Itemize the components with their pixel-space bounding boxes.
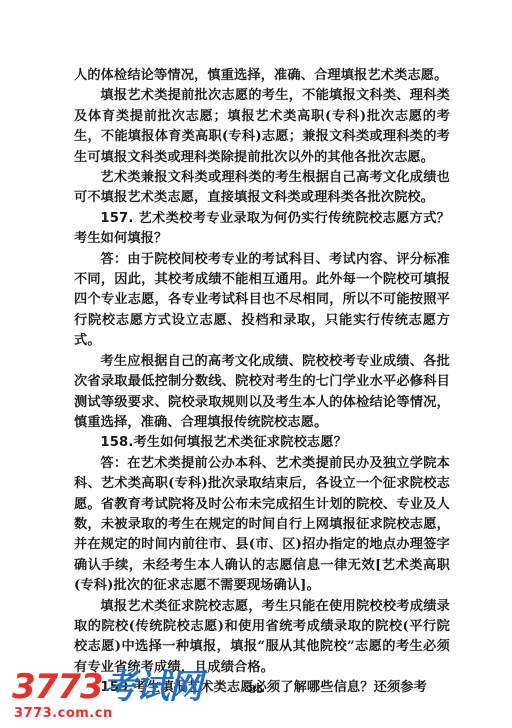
watermark-logo: 3773考试网 3773.com.cn	[12, 668, 182, 726]
question-158: 158.考生如何填报艺术类征求院校志愿？	[74, 433, 450, 453]
paragraph-continuation: 人的体检结论等情况，慎重选择，准确、合理填报艺术类志愿。	[74, 66, 450, 86]
logo-wordmark: 3773考试网	[12, 668, 182, 706]
question-number: 158.	[100, 435, 133, 450]
question-text: 考生如何填报艺术类征求院校志愿？	[134, 435, 347, 450]
paragraph-art-cross-apply: 艺术类兼报文科类或理科类的考生根据自己高考文化成绩也可不填报艺术类志愿，直接填报…	[74, 168, 450, 209]
answer-label: 答：	[100, 456, 127, 471]
answer-158: 答：在艺术类提前公办本科、艺术类提前民办及独立学院本科、艺术类高职(专科)批次录…	[74, 454, 450, 597]
answer-157: 答：由于院校间校考专业的考试科目、考试内容、评分标准不同，因此，其校考成绩不能相…	[74, 250, 450, 352]
question-157: 157. 艺术类校考专业录取为何仍实行传统院校志愿方式？考生如何填报？	[74, 209, 450, 250]
answer-label: 答：	[100, 252, 127, 267]
document-page: 人的体检结论等情况，慎重选择，准确、合理填报艺术类志愿。 填报艺术类提前批次志愿…	[74, 66, 450, 699]
paragraph-art-early-batch: 填报艺术类提前批次志愿的考生，不能填报文科类、理科类及体育类提前批次志愿；填报艺…	[74, 86, 450, 168]
logo-url: 3773.com.cn	[14, 706, 182, 722]
answer-text: 在艺术类提前公办本科、艺术类提前民办及独立学院本科、艺术类高职(专科)批次录取结…	[74, 456, 450, 593]
logo-text: 考试网	[103, 667, 202, 707]
question-number: 157.	[100, 211, 133, 226]
logo-number: 3773	[12, 667, 103, 707]
paragraph-traditional-choice: 考生应根据自己的高考文化成绩、院校校考专业成绩、各批次省录取最低控制分数线、院校…	[74, 352, 450, 434]
answer-text: 由于院校间校考专业的考试科目、考试内容、评分标准不同，因此，其校考成绩不能相互通…	[74, 252, 450, 349]
paragraph-solicit-choice: 填报艺术类征求院校志愿，考生只能在使用院校校考成绩录取的院校(传统院校志愿)和使…	[74, 597, 450, 679]
